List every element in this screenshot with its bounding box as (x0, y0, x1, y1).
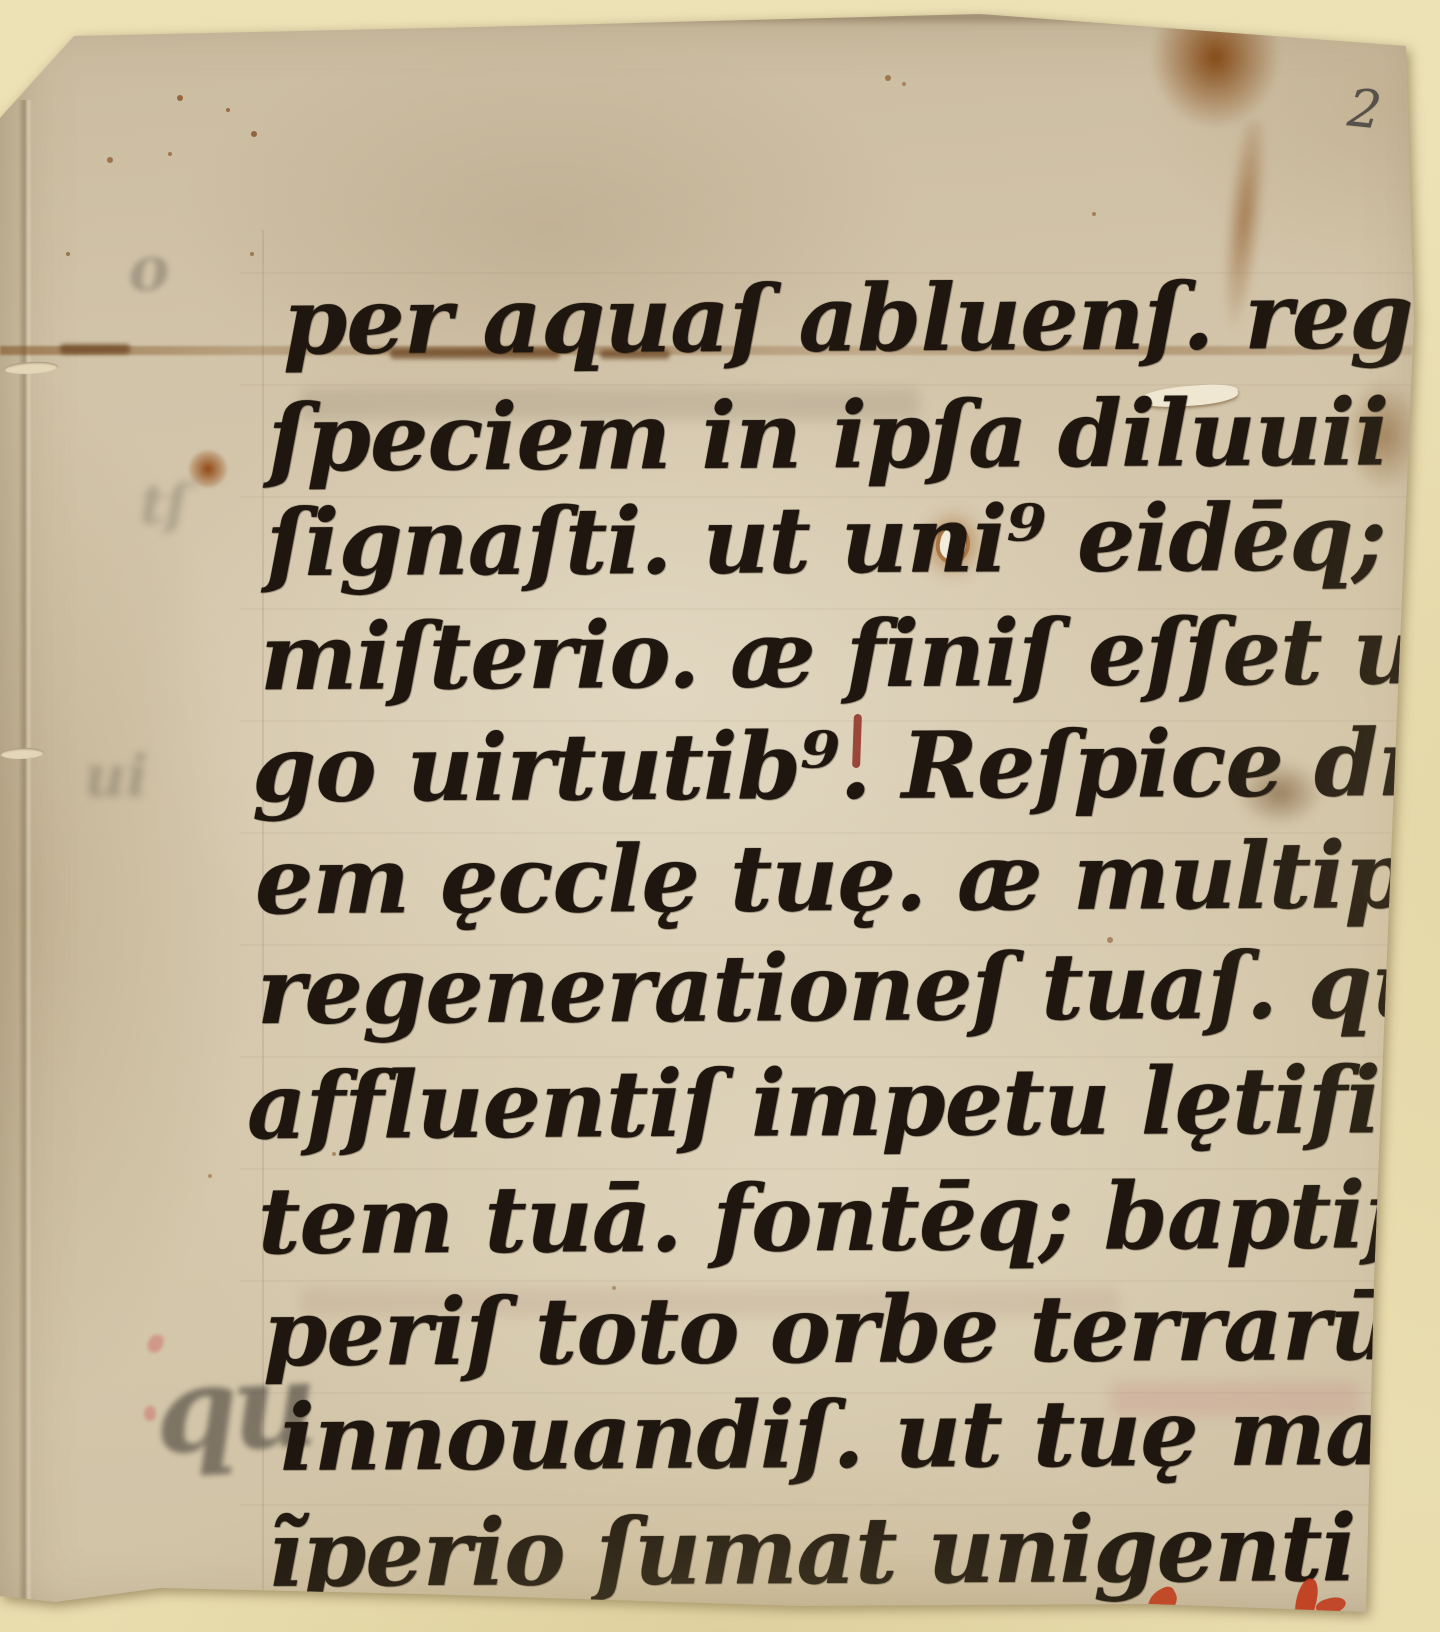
manuscript-text-line: em ęcclę tuę. æ multipli (255, 829, 1440, 927)
parchment-top-edge (60, 12, 1420, 22)
top-right-stain (1148, 18, 1298, 238)
manuscript-text-line: miſterio. æ finiſ eſſet uic (260, 605, 1440, 704)
showthrough-letter: tſ (140, 472, 188, 536)
manuscript-text-line: go uirtutib⁹. Reſpice dñ (252, 717, 1440, 815)
manuscript-text-line: tem tuā. fontēq; baptiſi (258, 1169, 1437, 1267)
gutter-fold-line (18, 100, 32, 1600)
manuscript-text-line: innouandiſ. ut tuę ma (280, 1386, 1384, 1484)
parchment-shadow: o tſ ui qu per aquaſ abluenſ. regene ſpe… (0, 0, 1440, 1632)
manuscript-text-line: regenerationeſ tuaſ. qu (257, 939, 1438, 1037)
stitch-hole (4, 361, 59, 376)
parchment-leaf: o tſ ui qu per aquaſ abluenſ. regene ſpe… (0, 0, 1440, 1632)
manuscript-photo: o tſ ui qu per aquaſ abluenſ. regene ſpe… (0, 0, 1440, 1632)
manuscript-text-line: ſignaſti. ut uni⁹ eidēq; e (266, 491, 1440, 589)
stitch-hole (0, 747, 44, 760)
pencil-folio-number: 2 (1345, 78, 1384, 141)
ink-freckles (0, 0, 4, 4)
crease-dark-patch (60, 344, 130, 354)
manuscript-text-line: ſpeciem in ipſa diluuii eſ (268, 386, 1440, 485)
manuscript-text-line: ĩperio ſumat unigenti (268, 1502, 1356, 1600)
showthrough-letter: ui (84, 742, 148, 810)
rust-spot (188, 450, 228, 488)
manuscript-text-line: per aquaſ abluenſ. regene (283, 269, 1440, 368)
manuscript-text-line: periſ toto orbe terrarū (263, 1281, 1396, 1379)
showthrough-letter: o (126, 231, 172, 307)
manuscript-text-line: affluentiſ impetu lętifica (247, 1054, 1440, 1153)
